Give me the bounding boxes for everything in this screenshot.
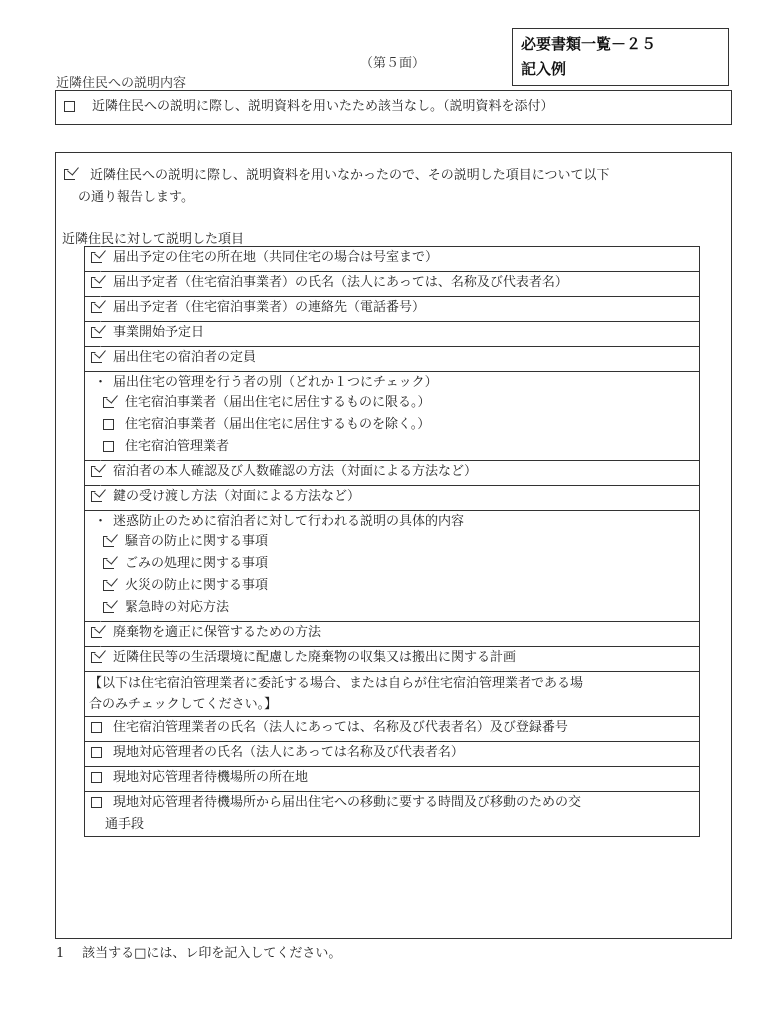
item-label: 廃棄物を適正に保管するための方法 [113, 623, 321, 645]
item-label: 鍵の受け渡し方法（対面による方法など） [113, 487, 360, 509]
checkbox-with-materials[interactable] [64, 101, 75, 112]
checkbox-item[interactable] [91, 327, 102, 338]
item-label: 近隣住民等の生活環境に配慮した廃棄物の収集又は搬出に関する計画 [113, 648, 516, 670]
section-title: 近隣住民への説明内容 [56, 72, 186, 91]
option-without-materials-box: 近隣住民への説明に際し、説明資料を用いなかったので、その説明した項目について以下… [55, 152, 732, 939]
item-label: 届出予定者（住宅宿泊事業者）の連絡先（電話番号） [113, 298, 425, 320]
checkbox-manager-nonresident-operator[interactable] [103, 419, 114, 430]
item-label: 事業開始予定日 [113, 323, 204, 345]
option-with-materials-box: 近隣住民への説明に際し、説明資料を用いたため該当なし。（説明資料を添付） [55, 90, 732, 125]
checkbox-manager-resident-operator[interactable] [103, 397, 114, 408]
option-label: ごみの処理に関する事項 [125, 554, 268, 576]
item-label: 届出予定者（住宅宿泊事業者）の氏名（法人にあっては、名称及び代表者名） [113, 273, 568, 295]
item-label: 現地対応管理者待機場所の所在地 [113, 768, 308, 790]
checkbox-fire[interactable] [103, 580, 114, 591]
item-label: 現地対応管理者の氏名（法人にあっては名称及び代表者名） [113, 743, 464, 765]
bullet-icon: ・ [91, 373, 113, 393]
option-label: 住宅宿泊管理業者 [125, 437, 229, 459]
checkbox-item[interactable] [91, 302, 102, 313]
manager-note-line2: 合のみチェックしてください。】 [89, 694, 695, 715]
option-without-materials-text-cont: の通り報告します。 [64, 187, 724, 208]
item-label: 宿泊者の本人確認及び人数確認の方法（対面による方法など） [113, 462, 477, 484]
item-row: 届出予定の住宅の所在地（共同住宅の場合は号室まで） [85, 247, 699, 272]
option-label: 住宅宿泊事業者（届出住宅に居住するものに限る。） [125, 393, 431, 415]
item-row: 事業開始予定日 [85, 322, 699, 347]
item-label: 住宅宿泊管理業者の氏名（法人にあっては、名称及び代表者名）及び登録番号 [113, 718, 568, 740]
document-id-box: 必要書類一覧－２５ 記入例 [512, 28, 729, 86]
nuisance-group-title: 迷惑防止のために宿泊者に対して行われる説明の具体的内容 [113, 512, 464, 532]
page-number: （第５面） [360, 52, 425, 71]
checkbox-item[interactable] [91, 277, 102, 288]
checkbox-item[interactable] [91, 252, 102, 263]
manager-note-line1: 【以下は住宅宿泊管理業者に委託する場合、または自らが住宅宿泊管理業者である場 [89, 673, 695, 694]
option-label: 火災の防止に関する事項 [125, 576, 268, 598]
item-row: 現地対応管理者待機場所の所在地 [85, 767, 699, 792]
document-example-label: 記入例 [521, 57, 720, 82]
item-row: 近隣住民等の生活環境に配慮した廃棄物の収集又は搬出に関する計画 [85, 647, 699, 672]
manager-note-row: 【以下は住宅宿泊管理業者に委託する場合、または自らが住宅宿泊管理業者である場 合… [85, 672, 699, 717]
checkbox-item[interactable] [91, 652, 102, 663]
option-label: 騒音の防止に関する事項 [125, 532, 268, 554]
manager-group-row: ・届出住宅の管理を行う者の別（どれか１つにチェック） 住宅宿泊事業者（届出住宅に… [85, 372, 699, 461]
item-label-cont: 通手段 [105, 815, 144, 835]
item-row: 届出住宅の宿泊者の定員 [85, 347, 699, 372]
item-row: 住宅宿泊管理業者の氏名（法人にあっては、名称及び代表者名）及び登録番号 [85, 717, 699, 742]
document-id: 必要書類一覧－２５ [521, 32, 720, 57]
checkbox-noise[interactable] [103, 536, 114, 547]
item-row: 現地対応管理者待機場所から届出住宅への移動に要する時間及び移動のための交 通手段 [85, 792, 699, 836]
checkbox-manager-management-company[interactable] [103, 441, 114, 452]
item-row: 現地対応管理者の氏名（法人にあっては名称及び代表者名） [85, 742, 699, 767]
checkbox-item[interactable] [91, 491, 102, 502]
checkbox-garbage[interactable] [103, 558, 114, 569]
checkbox-item[interactable] [91, 466, 102, 477]
item-label: 現地対応管理者待機場所から届出住宅への移動に要する時間及び移動のための交 [113, 793, 581, 815]
item-label: 届出予定の住宅の所在地（共同住宅の場合は号室まで） [113, 248, 438, 270]
bullet-icon: ・ [91, 512, 113, 532]
checkbox-emergency[interactable] [103, 602, 114, 613]
option-label: 住宅宿泊事業者（届出住宅に居住するものを除く。） [125, 415, 430, 437]
manager-group-title: 届出住宅の管理を行う者の別（どれか１つにチェック） [113, 373, 438, 393]
nuisance-group-row: ・迷惑防止のために宿泊者に対して行われる説明の具体的内容 騒音の防止に関する事項… [85, 511, 699, 622]
items-title: 近隣住民に対して説明した項目 [62, 228, 244, 247]
item-row: 届出予定者（住宅宿泊事業者）の氏名（法人にあっては、名称及び代表者名） [85, 272, 699, 297]
checkbox-item[interactable] [91, 352, 102, 363]
explained-items-table: 届出予定の住宅の所在地（共同住宅の場合は号室まで） 届出予定者（住宅宿泊事業者）… [84, 246, 700, 837]
checkbox-item[interactable] [91, 772, 102, 783]
checkbox-without-materials[interactable] [64, 169, 75, 180]
option-label: 緊急時の対応方法 [125, 598, 229, 620]
option-with-materials-text: 近隣住民への説明に際し、説明資料を用いたため該当なし。（説明資料を添付） [86, 97, 554, 119]
item-row: 鍵の受け渡し方法（対面による方法など） [85, 486, 699, 511]
checkbox-item[interactable] [91, 722, 102, 733]
option-without-materials-text: 近隣住民への説明に際し、説明資料を用いなかったので、その説明した項目について以下 [86, 165, 609, 187]
item-label: 届出住宅の宿泊者の定員 [113, 348, 256, 370]
checkbox-item[interactable] [91, 747, 102, 758]
item-row: 届出予定者（住宅宿泊事業者）の連絡先（電話番号） [85, 297, 699, 322]
checkbox-item[interactable] [91, 797, 102, 808]
footnote-number: 1 [56, 946, 78, 961]
item-row: 廃棄物を適正に保管するための方法 [85, 622, 699, 647]
footnote-text: 該当する□には、レ印を記入してください。 [82, 946, 341, 961]
item-row: 宿泊者の本人確認及び人数確認の方法（対面による方法など） [85, 461, 699, 486]
footnote: 1 該当する□には、レ印を記入してください。 [56, 942, 341, 961]
checkbox-item[interactable] [91, 627, 102, 638]
